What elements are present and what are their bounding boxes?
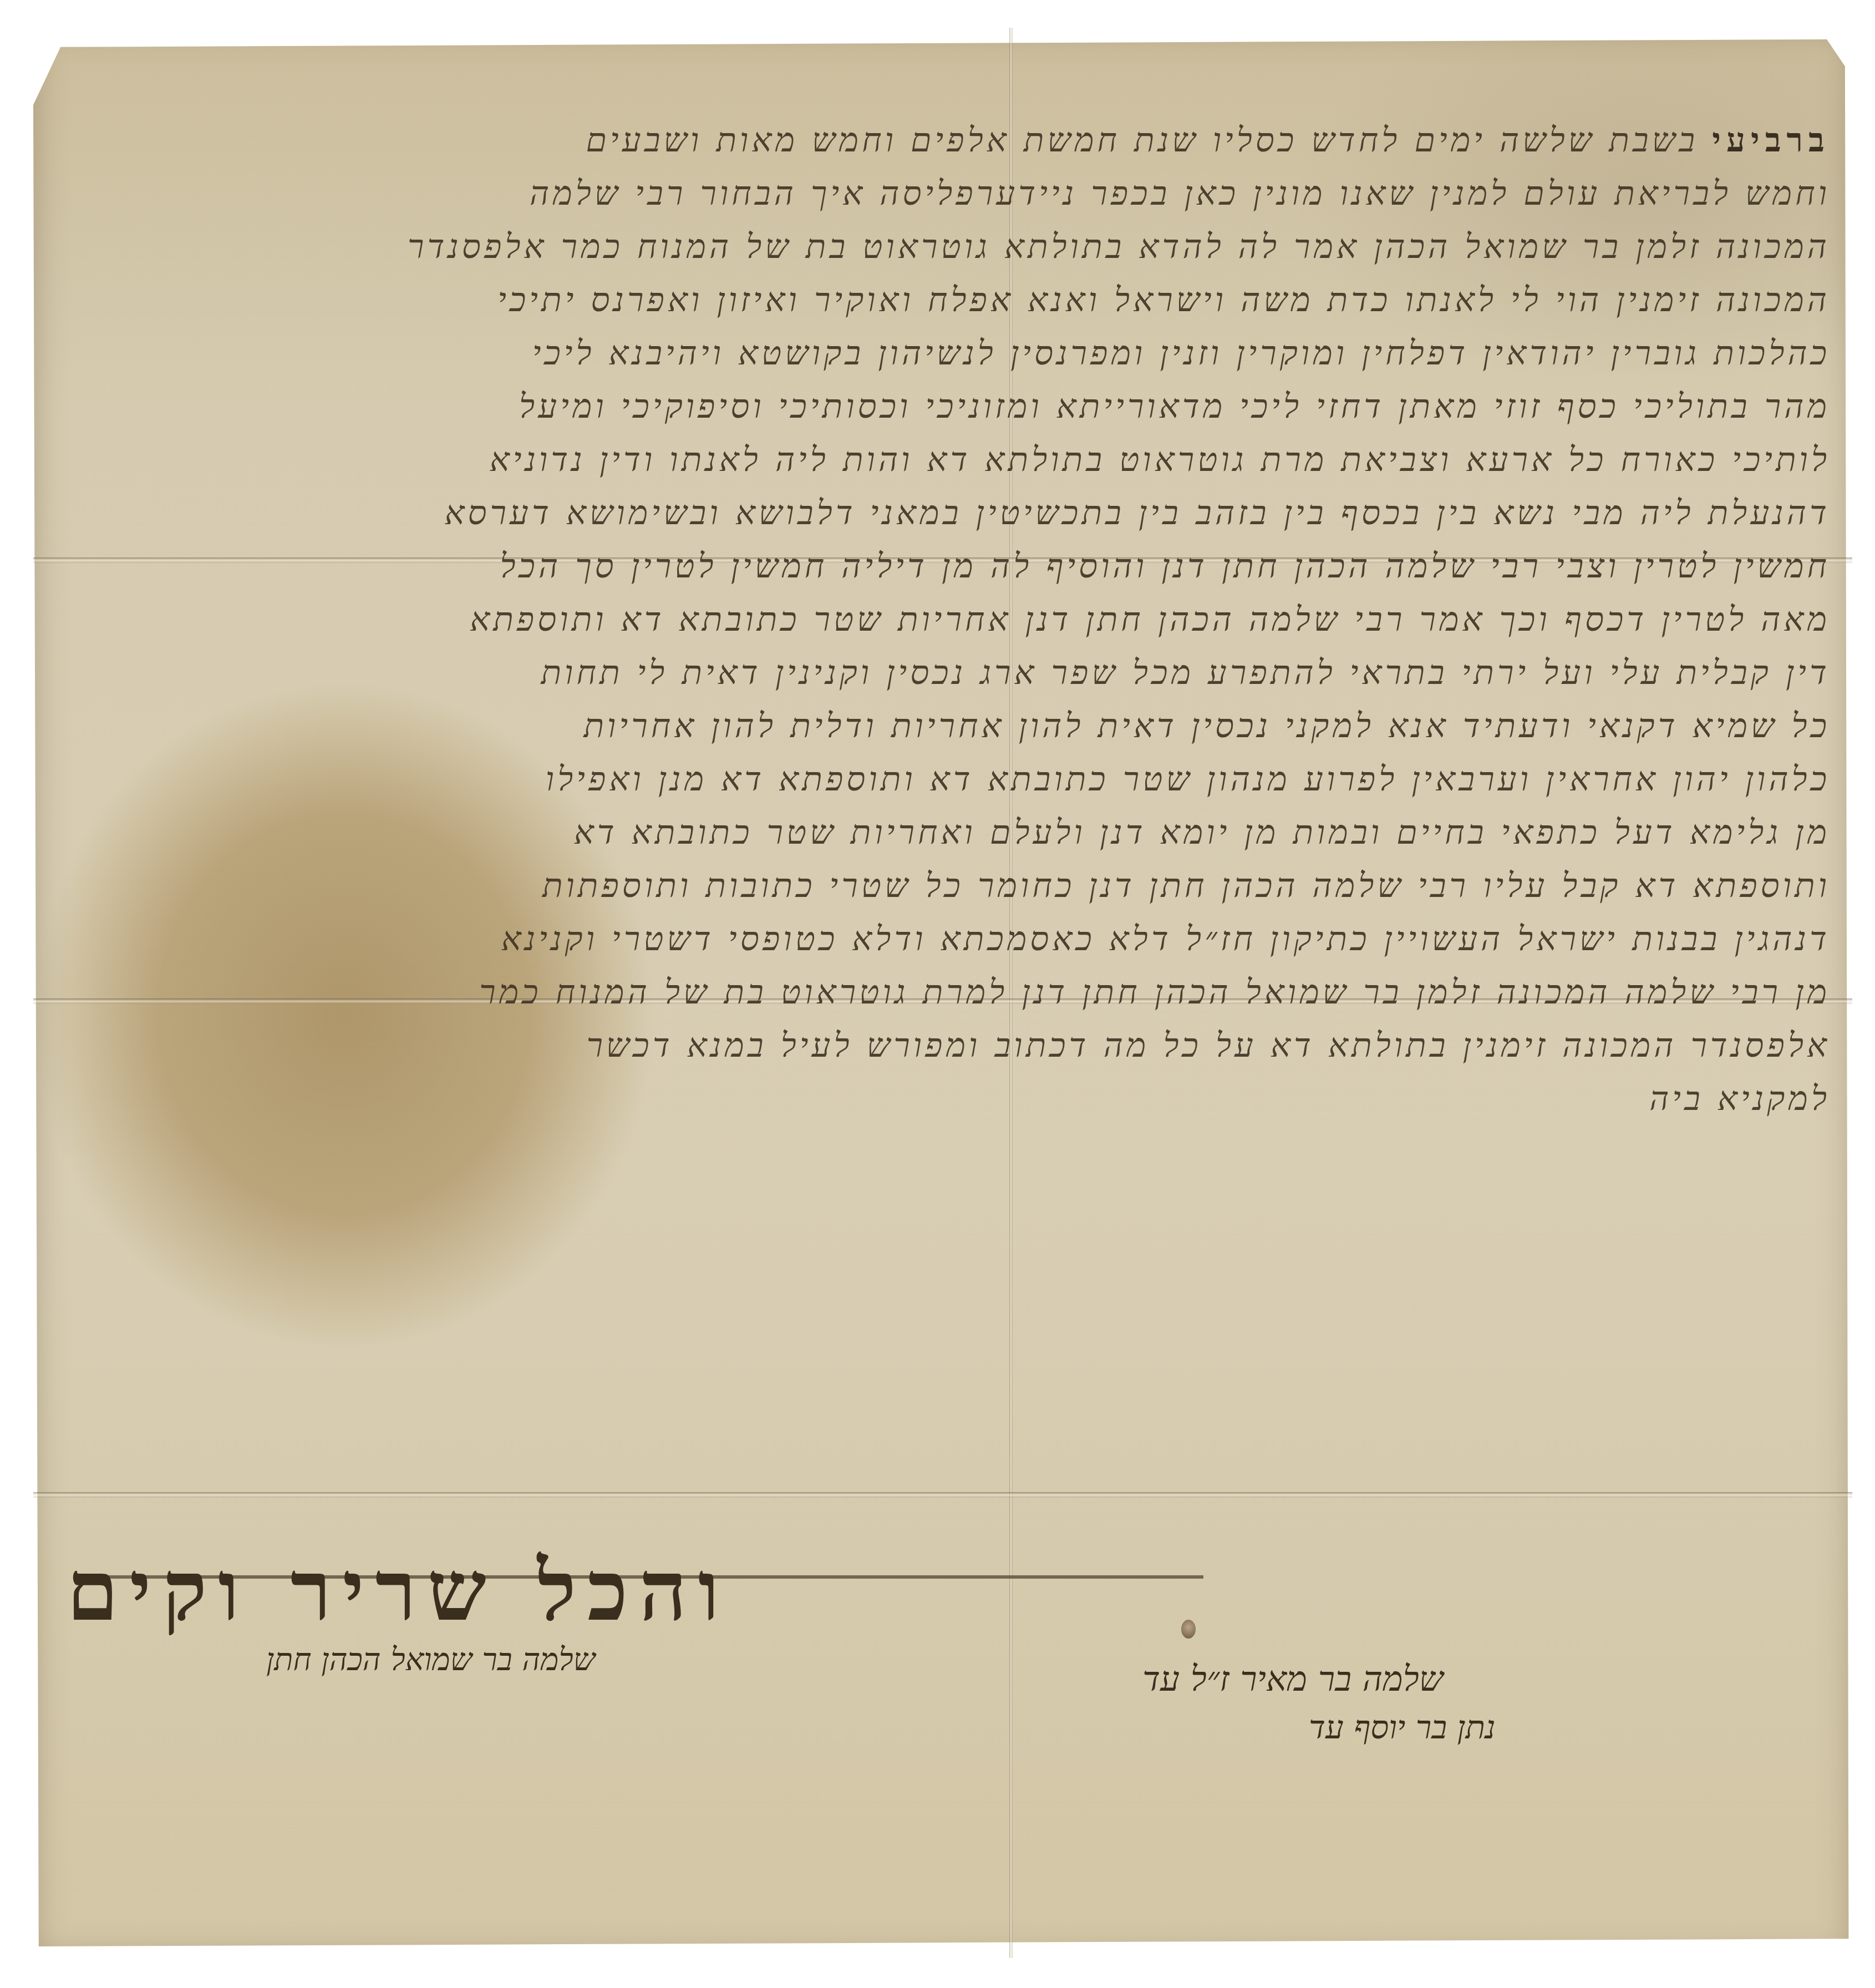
text-line-12: כל שמיא דקנאי ודעתיד אנא למקני נכסין דאי… (78, 699, 1830, 753)
text-line-4: המכונה זימנין הוי לי לאנתו כדת משה וישרא… (78, 273, 1830, 327)
groom-signature: שלמה בר שמואל הכהן חתן (266, 1642, 595, 1678)
ketubah-body-text: ברביעי בשבת שלשה ימים לחדש כסליו שנת חמש… (78, 114, 1830, 1125)
text-line-16: דנהגין בבנות ישראל העשויין כתיקון חז״ל ד… (78, 912, 1830, 966)
closing-formula: והכל שריר וקים (67, 1542, 1009, 1640)
witness-signature-2: נתן בר יוסף עד (1309, 1708, 1496, 1746)
text-line-11: דין קבלית עלי ועל ירתי בתראי להתפרע מכל … (78, 646, 1830, 699)
text-line-15: ותוספתא דא קבל עליו רבי שלמה הכהן חתן דנ… (78, 859, 1830, 912)
text-line-7: לותיכי כאורח כל ארעא וצביאת מרת גוטראוט … (78, 433, 1830, 486)
text-line-14: מן גלימא דעל כתפאי בחיים ובמות מן יומא ד… (78, 806, 1830, 859)
text-line-2: וחמש לבריאת עולם למנין שאנו מונין כאן בכ… (78, 167, 1830, 220)
text-line-8: דהנעלת ליה מבי נשא בין בכסף בין בזהב בין… (78, 486, 1830, 540)
witness-signature-1: שלמה בר מאיר ז״ל עד (1142, 1659, 1444, 1700)
text-line-17: מן רבי שלמה המכונה זלמן בר שמואל הכהן חת… (78, 966, 1830, 1019)
text-line-5: כהלכות גוברין יהודאין דפלחין ומוקרין וזנ… (78, 327, 1830, 380)
opening-word: ברביעי (1712, 121, 1830, 160)
text-line-18: אלפסנדר המכונה זימנין בתולתא דא על כל מה… (78, 1019, 1830, 1072)
ink-blot (1181, 1620, 1196, 1639)
horizontal-fold-line-3 (33, 1492, 1852, 1498)
text-line-19: למקניא ביה (78, 1072, 1830, 1125)
text-line-3: המכונה זלמן בר שמואל הכהן אמר לה להדא בת… (78, 220, 1830, 273)
text-line-10: מאה לטרין דכסף וכך אמר רבי שלמה הכהן חתן… (78, 593, 1830, 646)
text-line-1: ברביעי בשבת שלשה ימים לחדש כסליו שנת חמש… (78, 114, 1830, 167)
text-line-9: חמשין לטרין וצבי רבי שלמה הכהן חתן דנן ו… (78, 540, 1830, 593)
text-line-6: מהר בתוליכי כסף זוזי מאתן דחזי ליכי מדאו… (78, 380, 1830, 433)
text-line-13: כלהון יהון אחראין וערבאין לפרוע מנהון שט… (78, 753, 1830, 806)
